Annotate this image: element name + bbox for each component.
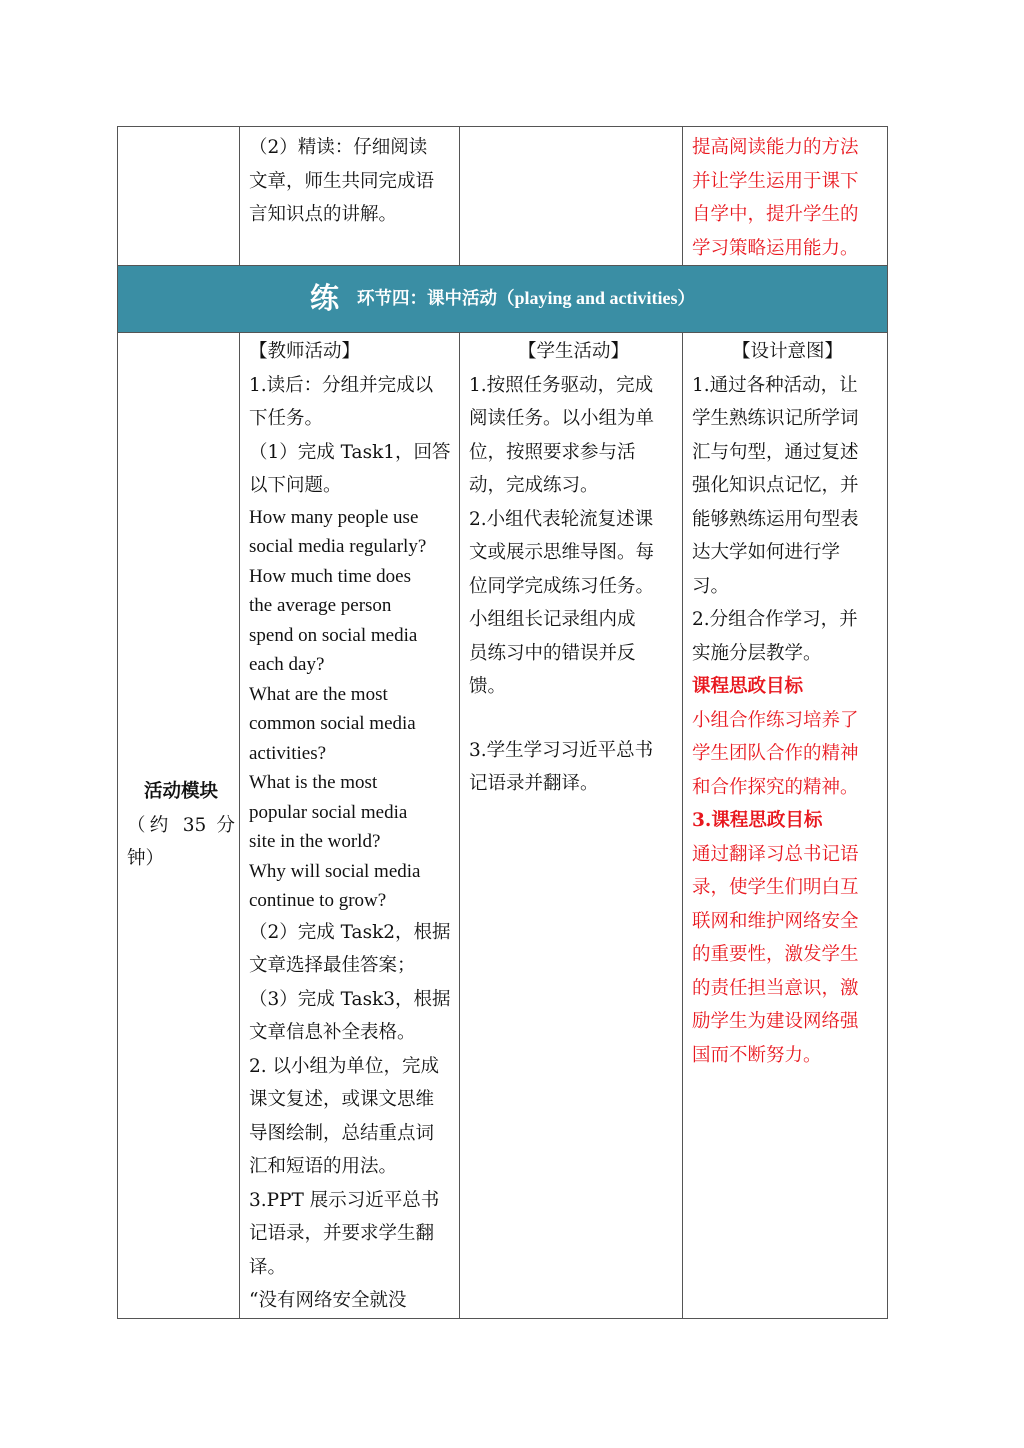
text-line: 学习策略运用能力。 [692, 232, 883, 266]
teacher-activity-cell: 【教师活动】 1.读后：分组并完成以下任务。（1）完成 Task1，回答以下问题… [240, 333, 460, 1319]
design-text-line: 通过翻译习总书记语 [692, 838, 883, 872]
text-line: 提高阅读能力的方法 [692, 131, 883, 165]
section-title-close: ） [678, 289, 696, 309]
student-heading: 【学生活动】 [469, 335, 678, 369]
teacher-text-line: the average person [249, 591, 455, 621]
teacher-text-line: spend on social media [249, 621, 455, 651]
design-text-line: 的重要性，激发学生 [692, 938, 883, 972]
student-text-line: 1.按照任务驱动，完成 [469, 369, 678, 403]
section-header-row: 练环节四：课中活动（playing and activities） [118, 266, 888, 333]
design-intent-cell: 【设计意图】 1.通过各种活动，让学生熟练识记所学词汇与句型，通过复述强化知识点… [683, 333, 888, 1319]
teacher-text-line: common social media [249, 709, 455, 739]
design-text-line: 联网和维护网络安全 [692, 905, 883, 939]
section-header: 练环节四：课中活动（playing and activities） [118, 266, 888, 333]
lesson-plan-table: （2）精读：仔细阅读 文章，师生共同完成语 言知识点的讲解。 提高阅读能力的方法… [117, 126, 888, 1319]
teacher-text-line: site in the world? [249, 827, 455, 857]
teacher-text-line: 以下问题。 [249, 469, 455, 503]
student-text-line: 动，完成练习。 [469, 469, 678, 503]
label-cell: 活动模块 （约 35 分 钟） [118, 333, 240, 1319]
teacher-text-line: continue to grow? [249, 886, 455, 916]
teacher-text-line: 2. 以小组为单位，完成 [249, 1050, 455, 1084]
teacher-cell-top: （2）精读：仔细阅读 文章，师生共同完成语 言知识点的讲解。 [240, 127, 460, 266]
text-line: 言知识点的讲解。 [249, 198, 455, 232]
ideology-goal-heading: 3.课程思政目标 [692, 804, 883, 838]
teacher-text-line: 文章信息补全表格。 [249, 1016, 455, 1050]
teacher-text-line: Why will social media [249, 857, 455, 887]
student-text-line: 位，按照要求参与活 [469, 436, 678, 470]
section-title: 环节四：课中活动（playing and activities） [357, 289, 695, 309]
design-cell-top: 提高阅读能力的方法 并让学生运用于课下 自学中，提升学生的 学习策略运用能力。 [683, 127, 888, 266]
teacher-text-line: 3.PPT 展示习近平总书 [249, 1184, 455, 1218]
teacher-text-line: 课文复述，或课文思维 [249, 1083, 455, 1117]
design-text-line: 的责任担当意识，激 [692, 972, 883, 1006]
design-text-line: 励学生为建设网络强 [692, 1005, 883, 1039]
teacher-text-line: 1.读后：分组并完成以 [249, 369, 455, 403]
text-line: 并让学生运用于课下 [692, 165, 883, 199]
student-activity-cell: 【学生活动】 1.按照任务驱动，完成阅读任务。以小组为单位，按照要求参与活动，完… [460, 333, 683, 1319]
design-text-line: 和合作探究的精神。 [692, 771, 883, 805]
teacher-text-line: （2）完成 Task2，根据 [249, 916, 455, 950]
design-text-line: 学生熟练识记所学词 [692, 402, 883, 436]
teacher-text-line: How many people use [249, 503, 455, 533]
module-duration: （约 35 分 [127, 809, 235, 843]
teacher-text-line: 文章选择最佳答案； [249, 949, 455, 983]
student-cell-top [460, 127, 683, 266]
label-cell-empty [118, 127, 240, 266]
teacher-text-line: “没有网络安全就没 [249, 1284, 455, 1318]
design-text-line: 国而不断努力。 [692, 1039, 883, 1073]
design-text-line: 实施分层教学。 [692, 637, 883, 671]
teacher-text-line: 汇和短语的用法。 [249, 1150, 455, 1184]
teacher-text-line: 记语录，并要求学生翻 [249, 1217, 455, 1251]
teacher-text-line: activities? [249, 739, 455, 769]
teacher-text-line: each day? [249, 650, 455, 680]
table-row-activity-module: 活动模块 （约 35 分 钟） 【教师活动】 1.读后：分组并完成以下任务。（1… [118, 333, 888, 1319]
design-text-line: 学生团队合作的精神 [692, 737, 883, 771]
text-line: （2）精读：仔细阅读 [249, 131, 455, 165]
student-text-line: 员练习中的错误并反 [469, 637, 678, 671]
student-text-line: 阅读任务。以小组为单 [469, 402, 678, 436]
student-text-line [469, 704, 678, 734]
teacher-text-line: （1）完成 Task1，回答 [249, 436, 455, 470]
design-text-line: 1.通过各种活动，让 [692, 369, 883, 403]
module-title: 活动模块 [127, 775, 235, 809]
design-text-line: 录，使学生们明白互 [692, 871, 883, 905]
teacher-text-line: 下任务。 [249, 402, 455, 436]
teacher-text-line: 译。 [249, 1251, 455, 1285]
design-text-line: 汇与句型，通过复述 [692, 436, 883, 470]
section-big-char: 练 [310, 281, 339, 315]
design-heading: 【设计意图】 [692, 335, 883, 369]
student-text-line: 文或展示思维导图。每 [469, 536, 678, 570]
student-text-line: 记语录并翻译。 [469, 767, 678, 801]
design-text-line: 习。 [692, 570, 883, 604]
student-text-line: 小组组长记录组内成 [469, 603, 678, 637]
text-line: 文章，师生共同完成语 [249, 165, 455, 199]
section-title-en: playing and activities [514, 288, 677, 308]
student-text-line: 位同学完成练习任务。 [469, 570, 678, 604]
design-text-line: 达大学如何进行学 [692, 536, 883, 570]
text-line: 自学中，提升学生的 [692, 198, 883, 232]
teacher-text-line: social media regularly? [249, 532, 455, 562]
student-text-line: 3.学生学习习近平总书 [469, 734, 678, 768]
module-duration-cont: 钟） [127, 842, 235, 876]
teacher-text-line: （3）完成 Task3，根据 [249, 983, 455, 1017]
teacher-text-line: How much time does [249, 562, 455, 592]
ideology-goal-heading: 课程思政目标 [692, 670, 883, 704]
student-text-line: 2.小组代表轮流复述课 [469, 503, 678, 537]
table-row-reading-continued: （2）精读：仔细阅读 文章，师生共同完成语 言知识点的讲解。 提高阅读能力的方法… [118, 127, 888, 266]
design-text-line: 能够熟练运用句型表 [692, 503, 883, 537]
teacher-text-line: What is the most [249, 768, 455, 798]
student-text-line: 馈。 [469, 670, 678, 704]
teacher-text-line: 导图绘制，总结重点词 [249, 1117, 455, 1151]
section-title-cn: 环节四：课中活动（ [357, 289, 515, 309]
teacher-text-line: What are the most [249, 680, 455, 710]
design-text-line: 强化知识点记忆，并 [692, 469, 883, 503]
design-text-line: 小组合作练习培养了 [692, 704, 883, 738]
teacher-text-line: popular social media [249, 798, 455, 828]
design-text-line: 2.分组合作学习，并 [692, 603, 883, 637]
teacher-heading: 【教师活动】 [249, 335, 455, 369]
